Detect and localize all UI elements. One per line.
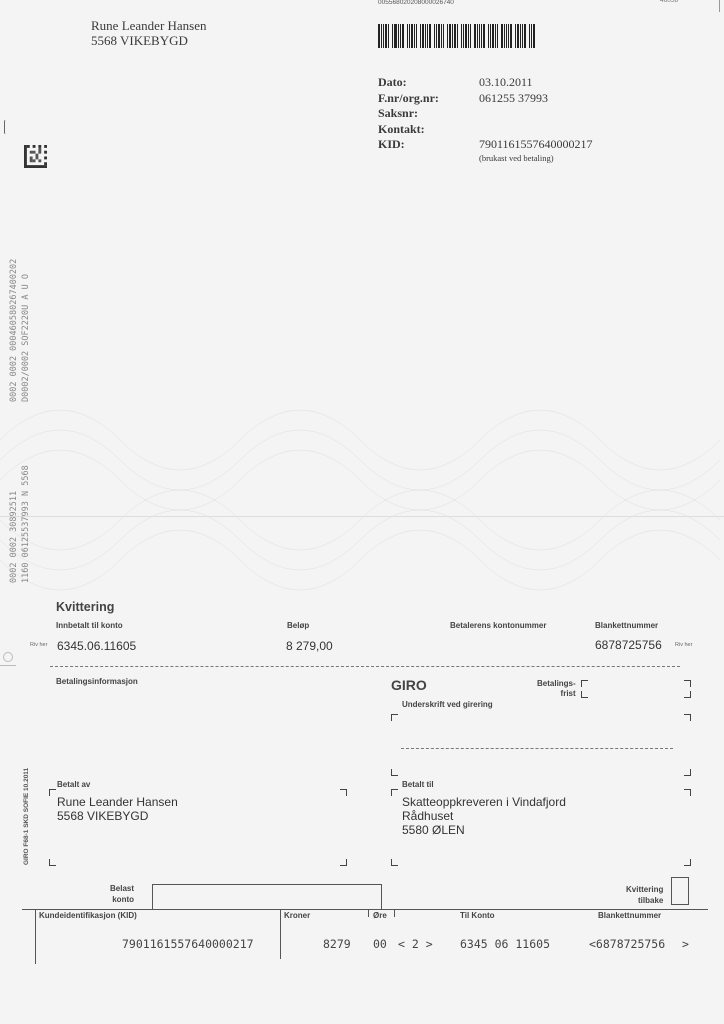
punch-hole-icon (3, 652, 13, 662)
signature-field[interactable] (391, 714, 691, 776)
payee-postal: 5580 ØLEN (402, 823, 566, 837)
recipient-name: Rune Leander Hansen (91, 18, 207, 34)
payee-name: Skatteoppkreveren i Vindafjord (402, 795, 566, 809)
debit-account-label: Belast konto (110, 883, 134, 905)
side-print-col1: 0002 0002 00046058026740020​2 D0002/0002… (8, 259, 32, 402)
receipt-title: Kvittering (56, 600, 114, 614)
to-account-label: Til Konto (460, 911, 495, 920)
info-label: Kontakt: (378, 122, 479, 138)
info-label: F.nr/org.nr: (378, 91, 479, 107)
payer-account-label: Betalerens kontonummer (450, 621, 546, 630)
info-value: 03.10.2011 (479, 75, 533, 91)
form-number-label: Blankettnummer (595, 621, 658, 630)
tear-here-left: Riv her (30, 642, 47, 648)
fold-line (0, 516, 724, 517)
right-edge-mark (719, 0, 720, 12)
ocr-check-digit: < 2 > (398, 937, 433, 951)
barcode-number: 005568020208000026740 (378, 0, 454, 6)
top-right-code: 46058 (660, 0, 678, 4)
info-row: Saksnr: (378, 106, 593, 122)
info-row: KID:7901161557640000217 (378, 137, 593, 153)
ocr-form-number-end: > (682, 937, 689, 951)
info-value: 061255 37993 (479, 91, 548, 107)
giro-title: GIRO (391, 677, 427, 693)
due-date-label: Betalings- frist (537, 679, 576, 699)
info-label: KID: (378, 137, 479, 153)
perforation-edge-left (0, 665, 16, 666)
ore-label: Øre (373, 911, 387, 920)
kroner-label: Kroner (284, 911, 310, 920)
security-pattern (0, 380, 724, 630)
barcode (378, 24, 563, 48)
paid-to-account: 6345.06.11605 (57, 639, 136, 653)
receipt-return-label: Kvittering tilbake (626, 884, 663, 906)
receipt-return-checkbox[interactable] (671, 877, 689, 905)
ore-divider-right (394, 909, 395, 917)
paid-to-label: Betalt til (402, 780, 434, 789)
form-code: GIRO F68-1 SKD SOFIE 10.2011 (23, 768, 30, 865)
info-row: F.nr/org.nr:061255 37993 (378, 91, 593, 107)
kid-label: Kundeidentifikasjon (KID) (39, 911, 137, 920)
datamatrix-code (24, 145, 47, 168)
form-number: 6878725756 (595, 638, 662, 652)
info-block: Dato:03.10.2011F.nr/org.nr:061255 37993S… (378, 75, 593, 164)
payer-name: Rune Leander Hansen (57, 795, 178, 809)
info-label: Dato: (378, 75, 479, 91)
paid-by-field: Rune Leander Hansen 5568 VIKEBYGD (49, 789, 347, 866)
kid-divider-right (280, 909, 281, 959)
payment-info-label: Betalingsinformasjon (56, 677, 138, 686)
due-date-field[interactable] (581, 680, 691, 698)
tear-here-right: Riv her (675, 642, 692, 648)
amount-label: Beløp (287, 621, 309, 630)
ocr-top-rule (22, 909, 708, 910)
side-print-col2: 0002 0002 30892511 1160 06125537993 N 55… (8, 465, 32, 583)
paid-by-label: Betalt av (57, 780, 90, 789)
ocr-form-number-label: Blankettnummer (598, 911, 661, 920)
payee-street: Rådhuset (402, 809, 566, 823)
ocr-ore: 00 (373, 937, 387, 951)
info-value: 7901161557640000217 (479, 137, 593, 153)
paid-to-field: Skatteoppkreveren i Vindafjord Rådhuset … (391, 789, 691, 866)
margin-bracket (4, 120, 7, 134)
info-row: Dato:03.10.2011 (378, 75, 593, 91)
info-row: Kontakt: (378, 122, 593, 138)
ocr-form-number: <6878725756 (589, 937, 665, 951)
tear-line[interactable] (50, 666, 680, 667)
kid-note: (brukast ved betaling) (479, 153, 593, 164)
ore-divider-left (368, 909, 369, 917)
paid-to-account-label: Innbetalt til konto (56, 621, 123, 630)
ocr-kroner: 8279 (323, 937, 351, 951)
ocr-kid: 7901161557640000217 (122, 937, 254, 951)
recipient-address: 5568 VIKEBYGD (91, 33, 188, 49)
ocr-to-account: 6345 06 11605 (460, 937, 550, 951)
amount: 8 279,00 (286, 639, 333, 653)
info-label: Saksnr: (378, 106, 479, 122)
debit-account-field[interactable] (152, 884, 382, 909)
kid-divider-left (35, 909, 36, 964)
signature-label: Underskrift ved girering (402, 700, 493, 709)
payer-address: 5568 VIKEBYGD (57, 809, 178, 823)
